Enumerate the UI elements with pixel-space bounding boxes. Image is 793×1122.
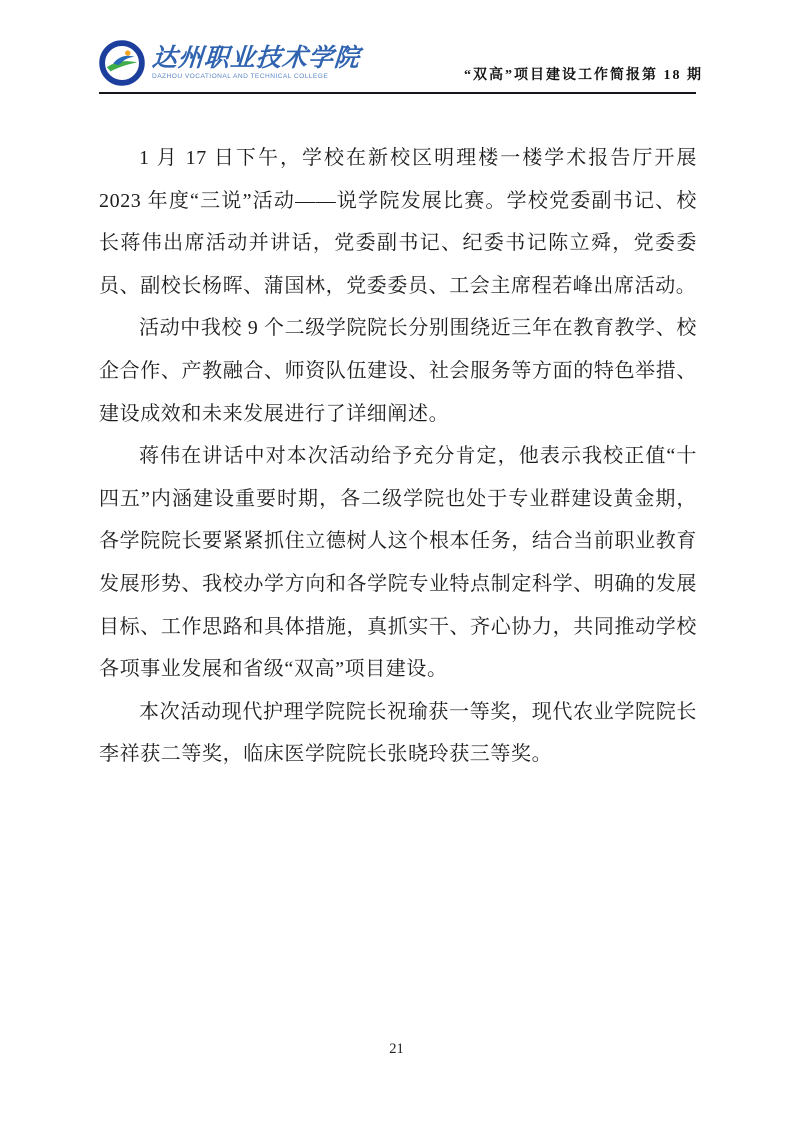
paragraph-3: 蒋伟在讲话中对本次活动给予充分肯定，他表示我校正值“十四五”内涵建设重要时期，各… bbox=[99, 435, 697, 691]
document-page: 达州职业技术学院 DAZHOU VOCATIONAL AND TECHNICAL… bbox=[0, 0, 793, 1122]
page-header: 达州职业技术学院 DAZHOU VOCATIONAL AND TECHNICAL… bbox=[99, 40, 696, 94]
issue-number: 第 18 期 bbox=[642, 64, 703, 84]
page-number: 21 bbox=[0, 1041, 793, 1058]
college-brand: 达州职业技术学院 DAZHOU VOCATIONAL AND TECHNICAL… bbox=[99, 40, 360, 86]
paragraph-4: 本次活动现代护理学院院长祝瑜获一等奖，现代农业学院院长李祥获二等奖，临床医学院院… bbox=[99, 691, 697, 776]
document-body: 1 月 17 日下午，学校在新校区明理楼一楼学术报告厅开展 2023 年度“三说… bbox=[99, 137, 697, 776]
college-name-zh: 达州职业技术学院 bbox=[151, 46, 361, 71]
header-divider bbox=[99, 92, 696, 94]
college-name-en: DAZHOU VOCATIONAL AND TECHNICAL COLLEGE bbox=[152, 74, 360, 81]
college-emblem-icon bbox=[99, 40, 145, 86]
bulletin-title: “双高”项目建设工作简报 bbox=[464, 64, 642, 84]
paragraph-1: 1 月 17 日下午，学校在新校区明理楼一楼学术报告厅开展 2023 年度“三说… bbox=[99, 137, 697, 307]
paragraph-2: 活动中我校 9 个二级学院院长分别围绕近三年在教育教学、校企合作、产教融合、师资… bbox=[99, 307, 697, 435]
